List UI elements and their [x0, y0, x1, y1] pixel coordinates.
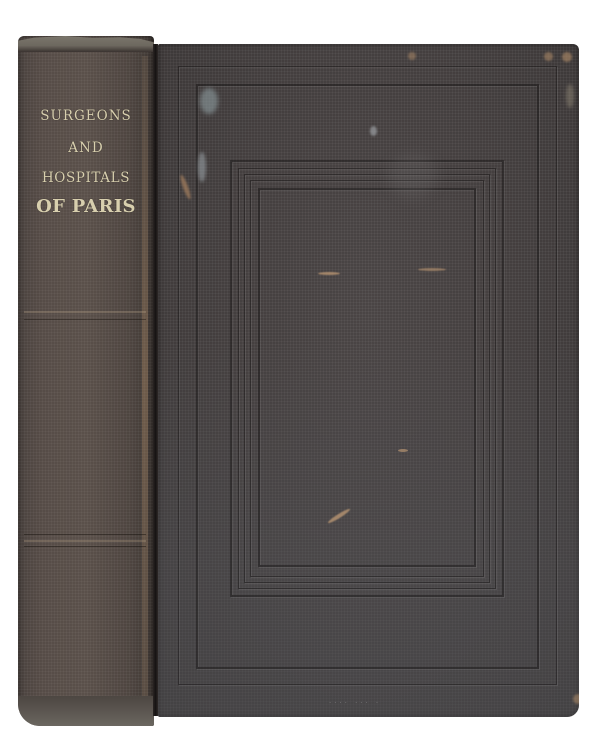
cover-scuff — [370, 126, 377, 136]
spine-band — [24, 546, 146, 547]
cover-scratch — [318, 272, 340, 275]
cover-imprint: ···· ··· · — [328, 699, 380, 707]
book: SURGEONS AND HOSPITALS OF PARIS — [0, 0, 597, 750]
cover-stain — [562, 52, 572, 62]
cover-scuff — [200, 88, 218, 114]
spine-title-line-4: OF PARIS — [18, 196, 154, 217]
spine-title-line-3: HOSPITALS — [18, 170, 154, 186]
spine-title: SURGEONS AND HOSPITALS OF PARIS — [18, 108, 154, 217]
spine-band — [24, 311, 146, 313]
spine-title-line-2: AND — [18, 140, 154, 156]
spine-band — [24, 534, 146, 535]
cover-scratch — [418, 268, 446, 271]
spine-head-wear — [18, 36, 154, 52]
cover-stain — [573, 694, 579, 704]
cover-faded-patch — [388, 154, 438, 198]
front-cover: ···· ··· · — [158, 44, 579, 717]
spine-title-line-1: SURGEONS — [18, 108, 154, 124]
cover-stain — [544, 52, 553, 61]
cover-stain — [408, 52, 416, 60]
cover-scuff — [198, 152, 206, 182]
cover-scratch — [398, 449, 408, 452]
spine-tail-wear — [18, 696, 154, 726]
book-spine: SURGEONS AND HOSPITALS OF PARIS — [18, 36, 154, 726]
spine-band — [24, 319, 146, 320]
cover-edge-wear — [566, 84, 574, 108]
spine-band — [24, 540, 146, 542]
blind-stamp-frame — [258, 188, 476, 567]
